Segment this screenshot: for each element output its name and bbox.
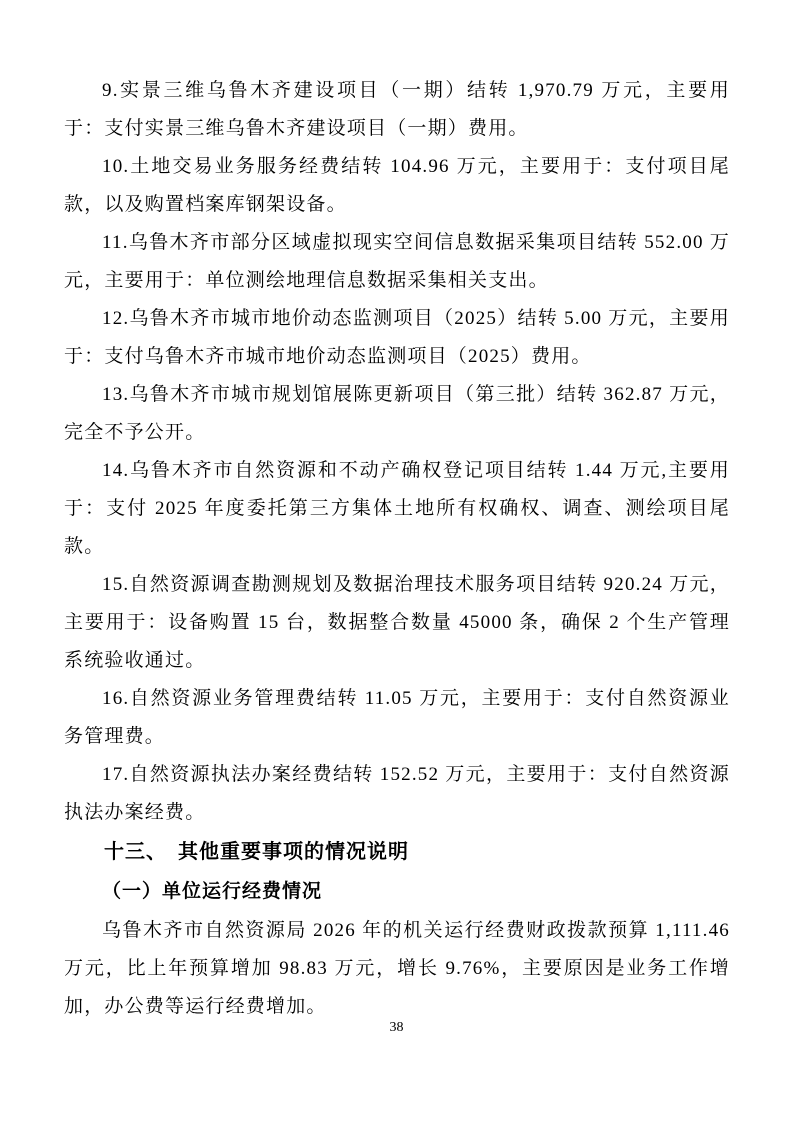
page-number: 38 [0,1020,793,1036]
paragraph-operating-costs: 乌鲁木齐市自然资源局 2026 年的机关运行经费财政拨款预算 1,111.46 … [64,912,730,1026]
paragraph-item-10: 10.土地交易业务服务经费结转 104.96 万元，主要用于：支付项目尾款，以及… [64,148,730,224]
paragraph-item-13: 13.乌鲁木齐市城市规划馆展陈更新项目（第三批）结转 362.87 万元，完全不… [64,376,730,452]
subsection-heading-unit-operating-costs: （一）单位运行经费情况 [64,872,730,912]
paragraph-item-11: 11.乌鲁木齐市部分区域虚拟现实空间信息数据采集项目结转 552.00 万元，主… [64,224,730,300]
paragraph-item-16: 16.自然资源业务管理费结转 11.05 万元，主要用于：支付自然资源业务管理费… [64,680,730,756]
paragraph-item-14: 14.乌鲁木齐市自然资源和不动产确权登记项目结转 1.44 万元,主要用于：支付… [64,452,730,566]
section-heading-13: 十三、 其他重要事项的情况说明 [64,832,730,872]
paragraph-item-15: 15.自然资源调查勘测规划及数据治理技术服务项目结转 920.24 万元，主要用… [64,566,730,680]
document-page: 9.实景三维乌鲁木齐建设项目（一期）结转 1,970.79 万元，主要用于：支付… [0,0,793,1122]
paragraph-item-12: 12.乌鲁木齐市城市地价动态监测项目（2025）结转 5.00 万元，主要用于：… [64,300,730,376]
paragraph-item-17: 17.自然资源执法办案经费结转 152.52 万元，主要用于：支付自然资源执法办… [64,756,730,832]
paragraph-item-9: 9.实景三维乌鲁木齐建设项目（一期）结转 1,970.79 万元，主要用于：支付… [64,72,730,148]
